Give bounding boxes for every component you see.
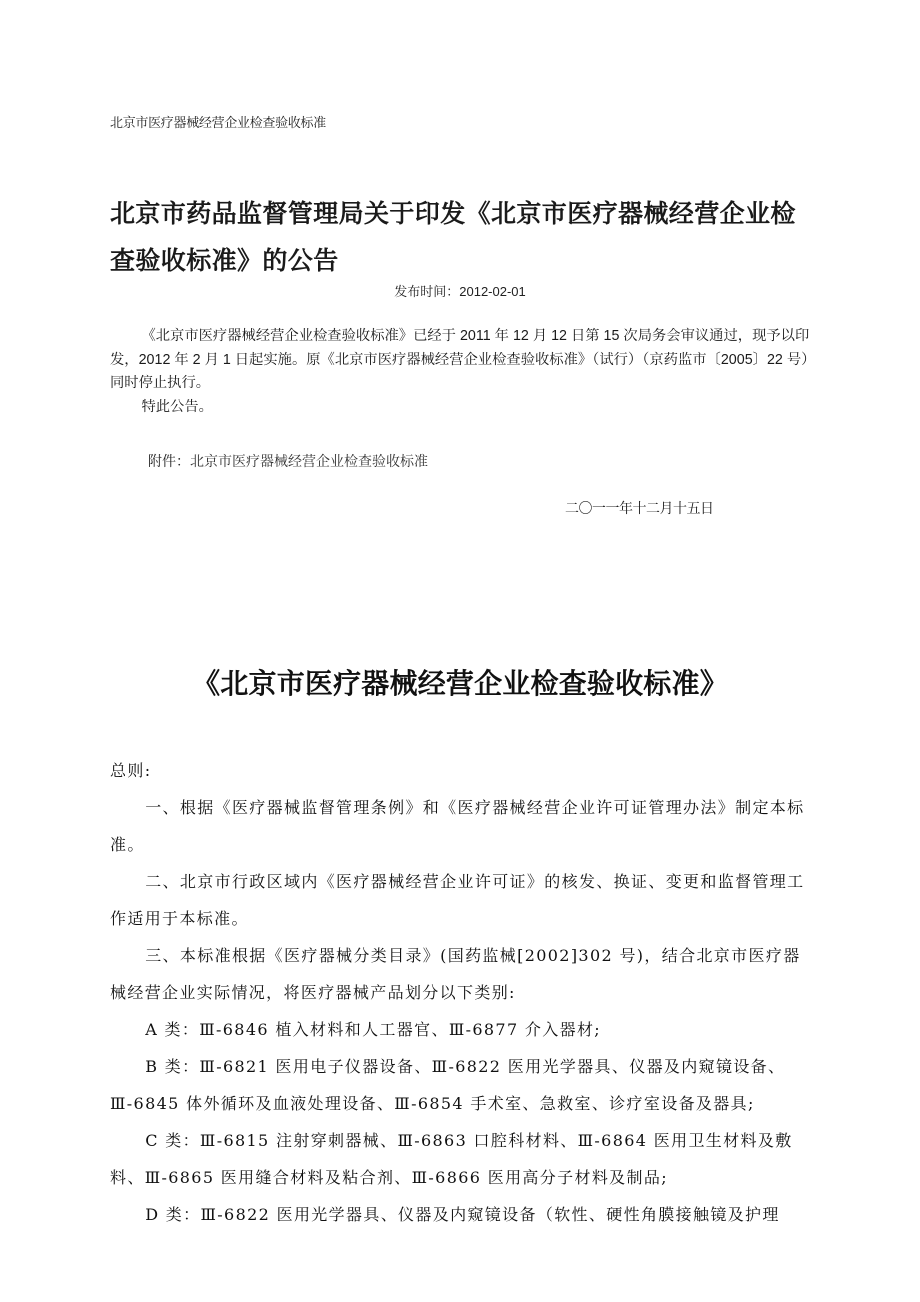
category-d: D 类：Ⅲ-6822 医用光学器具、仪器及内窥镜设备（软性、硬性角膜接触镜及护理 [110,1196,806,1233]
sign-date: 二〇一一年十二月十五日 [565,498,714,518]
publish-time-label: 发布时间： [394,284,459,299]
section-heading: 总则: [110,752,806,789]
article-3: 三、本标准根据《医疗器械分类目录》(国药监械[2002]302 号)，结合北京市… [110,937,806,1011]
category-c: C 类：Ⅲ-6815 注射穿刺器械、Ⅲ-6863 口腔科材料、Ⅲ-6864 医用… [110,1122,806,1196]
standard-body: 总则: 一、根据《医疗器械监督管理条例》和《医疗器械经营企业许可证管理办法》制定… [110,752,806,1233]
notice-closing: 特此公告。 [110,396,810,420]
attachment-link[interactable]: 北京市医疗器械经营企业检查验收标准 [190,453,428,469]
article-2: 二、北京市行政区域内《医疗器械经营企业许可证》的核发、换证、变更和监督管理工作适… [110,863,806,937]
standard-title: 《北京市医疗器械经营企业检查验收标准》 [0,662,920,702]
notice-body: 《北京市医疗器械经营企业检查验收标准》已经于 2011 年 12 月 12 日第… [110,325,810,419]
notice-title: 北京市药品监督管理局关于印发《北京市医疗器械经营企业检查验收标准》的公告 [110,190,810,284]
notice-paragraph: 《北京市医疗器械经营企业检查验收标准》已经于 2011 年 12 月 12 日第… [110,325,810,396]
category-b: B 类：Ⅲ-6821 医用电子仪器设备、Ⅲ-6822 医用光学器具、仪器及内窥镜… [110,1048,806,1122]
publish-time-value: 2012-02-01 [459,284,526,299]
category-a: A 类：Ⅲ-6846 植入材料和人工器官、Ⅲ-6877 介入器材; [110,1011,806,1048]
publish-time: 发布时间：2012-02-01 [0,281,920,300]
document-page: 北京市医疗器械经营企业检查验收标准 北京市药品监督管理局关于印发《北京市医疗器械… [0,0,920,1302]
attachment-line: 附件：北京市医疗器械经营企业检查验收标准 [148,451,428,471]
article-1: 一、根据《医疗器械监督管理条例》和《医疗器械经营企业许可证管理办法》制定本标准。 [110,789,806,863]
attachment-label: 附件： [148,453,190,469]
running-header: 北京市医疗器械经营企业检查验收标准 [110,112,326,131]
